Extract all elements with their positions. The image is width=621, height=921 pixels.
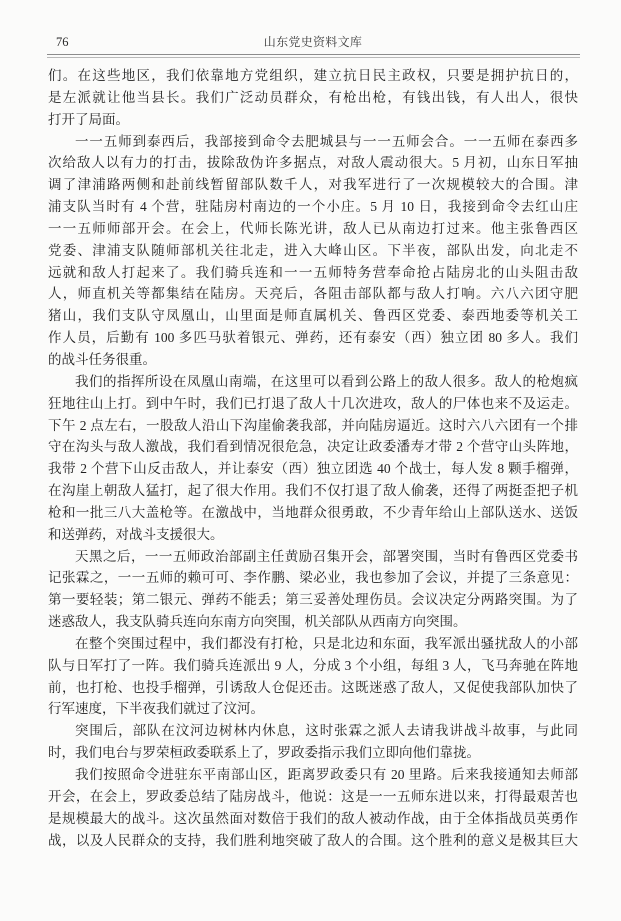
text-line: 作人员，后勤有 100 多匹马驮着银元、弹药，还有泰安（西）独立团 80 多人。… [48,327,578,349]
text-line: 一一五师师部开会。在会上，代师长陈光讲，敌人已从南边打过来。他主张鲁西区 [48,218,578,240]
text-line: 天黑之后，一一五师政治部副主任黄励召集开会，部署突围，当时有鲁西区党委书 [48,546,578,568]
text-line: 行军速度，下半夜我们就过了汶河。 [48,698,578,720]
paragraph: 们。在这些地区，我们依靠地方党组织，建立抗日民主政权，只要是拥护抗日的， 是左派… [48,65,578,131]
text-line: 第一要轻装；第二银元、弹药不能丢；第三妥善处理伤员。会议决定分两路突围。为了 [48,589,578,611]
text-line: 记张霖之，一一五师的赖可可、李作鹏、梁必业，我也参加了会议，并提了三条意见： [48,567,578,589]
text-line: 战，以及人民群众的支持，我们胜利地突破了敌人的合围。这个胜利的意义是极其巨大 [48,830,578,852]
text-line: 在沟崖上朝敌人猛打，起了很大作用。我们不仅打退了敌人偷袭，还得了两挺歪把子机 [48,480,578,502]
text-line: 突围后，部队在汶河边树林内休息，这时张霖之派人去请我讲战斗故事，与此同 [48,720,578,742]
text-line: 们。在这些地区，我们依靠地方党组织，建立抗日民主政权，只要是拥护抗日的， [48,65,578,87]
paragraph: 我们的指挥所设在凤凰山南端，在这里可以看到公路上的敌人很多。敌人的枪炮疯 狂地往… [48,371,578,546]
header-rule [47,54,580,56]
text-line: 队与日军打了一阵。我们骑兵连派出 9 人，分成 3 个小组，每组 3 人，飞马奔… [48,655,578,677]
paragraph: 一一五师到泰西后，我部接到命令去肥城县与一一五师会合。一一五师在泰西多 次给敌人… [48,131,578,371]
text-line: 前，也打枪、也投手榴弹，引诱敌人仓促还击。这既迷惑了敌人，又促使我部队加快了 [48,677,578,699]
text-line: 次给敌人以有力的打击，拔除敌伪许多据点，对敌人震动很大。5 月初，山东日军抽 [48,152,578,174]
text-line: 迷惑敌人，我支队骑兵连向东南方向突围，机关部队从西南方向突围。 [48,611,578,633]
text-line: 打开了局面。 [48,109,578,131]
text-line: 狂地往山上打。到中午时，我们已打退了敌人十几次进攻，敌人的尸体也来不及运走。 [48,393,578,415]
text-line: 下午 2 点左右，一股敌人沿山下沟崖偷袭我部，并向陆房逼近。这时六八六团有一个排 [48,415,578,437]
text-line: 一一五师到泰西后，我部接到命令去肥城县与一一五师会合。一一五师在泰西多 [48,131,578,153]
text-line: 猪山，我们支队守凤凰山，山里面是师直属机关、鲁西区党委、泰西地委等机关工 [48,305,578,327]
header-rule-thin [47,57,580,58]
text-line: 浦支队当时有 4 个营，驻陆房村南边的一个小庄。5 月 10 日，我接到命令去红… [48,196,578,218]
running-title: 山东党史资料文库 [213,35,413,49]
text-line: 调了津浦路两侧和赴前线暂留部队数千人，对我军进行了一次规模较大的合围。津 [48,174,578,196]
text-line: 时，我们电台与罗荣桓政委联系上了，罗政委指示我们立即向他们靠拢。 [48,742,578,764]
text-line: 我们的指挥所设在凤凰山南端，在这里可以看到公路上的敌人很多。敌人的枪炮疯 [48,371,578,393]
page-number: 76 [56,35,69,49]
text-line: 枪和一批三八大盖枪等。在激战中，当地群众很勇敢，不少青年给山上部队送水、送饭 [48,502,578,524]
text-line: 的战斗任务很重。 [48,349,578,371]
body-text: 们。在这些地区，我们依靠地方党组织，建立抗日民主政权，只要是拥护抗日的， 是左派… [48,65,578,851]
text-line: 人，师直机关等都集结在陆房。天亮后，各阻击部队都与敌人打响。六八六团守肥 [48,283,578,305]
paragraph: 我们按照命令进驻东平南部山区，距离罗政委只有 20 里路。后来我接通知去师部 开… [48,764,578,851]
text-line: 远就和敌人打起来了。我们骑兵连和一一五师特务营奉命抢占陆房北的山头阻击敌 [48,262,578,284]
text-line: 是规模最大的战斗。这次虽然面对数倍于我们的敌人被动作战，由于全体指战员英勇作 [48,808,578,830]
text-line: 是左派就让他当县长。我们广泛动员群众，有枪出枪，有钱出钱，有人出人，很快 [48,87,578,109]
text-line: 党委、津浦支队随师部机关往北走，进入大峰山区。下半夜，部队出发，向北走不 [48,240,578,262]
text-line: 守在沟头与敌人激战，我们看到情况很危急，决定让政委潘寿才带 2 个营守山头阵地， [48,436,578,458]
paragraph: 突围后，部队在汶河边树林内休息，这时张霖之派人去请我讲战斗故事，与此同 时，我们… [48,720,578,764]
text-line: 我们按照命令进驻东平南部山区，距离罗政委只有 20 里路。后来我接通知去师部 [48,764,578,786]
text-line: 和送弹药，对战斗支援很大。 [48,524,578,546]
text-line: 我带 2 个营下山反击敌人，并让泰安（西）独立团选 40 个战士，每人发 8 颗… [48,458,578,480]
text-line: 开会，在会上，罗政委总结了陆房战斗，他说：这是一一五师东进以来，打得最艰苦也 [48,786,578,808]
document-page: 76 山东党史资料文库 们。在这些地区，我们依靠地方党组织，建立抗日民主政权，只… [0,0,621,921]
text-line: 在整个突围过程中，我们都没有打枪，只是北边和东面，我军派出骚扰敌人的小部 [48,633,578,655]
paragraph: 在整个突围过程中，我们都没有打枪，只是北边和东面，我军派出骚扰敌人的小部 队与日… [48,633,578,720]
paragraph: 天黑之后，一一五师政治部副主任黄励召集开会，部署突围，当时有鲁西区党委书 记张霖… [48,546,578,633]
